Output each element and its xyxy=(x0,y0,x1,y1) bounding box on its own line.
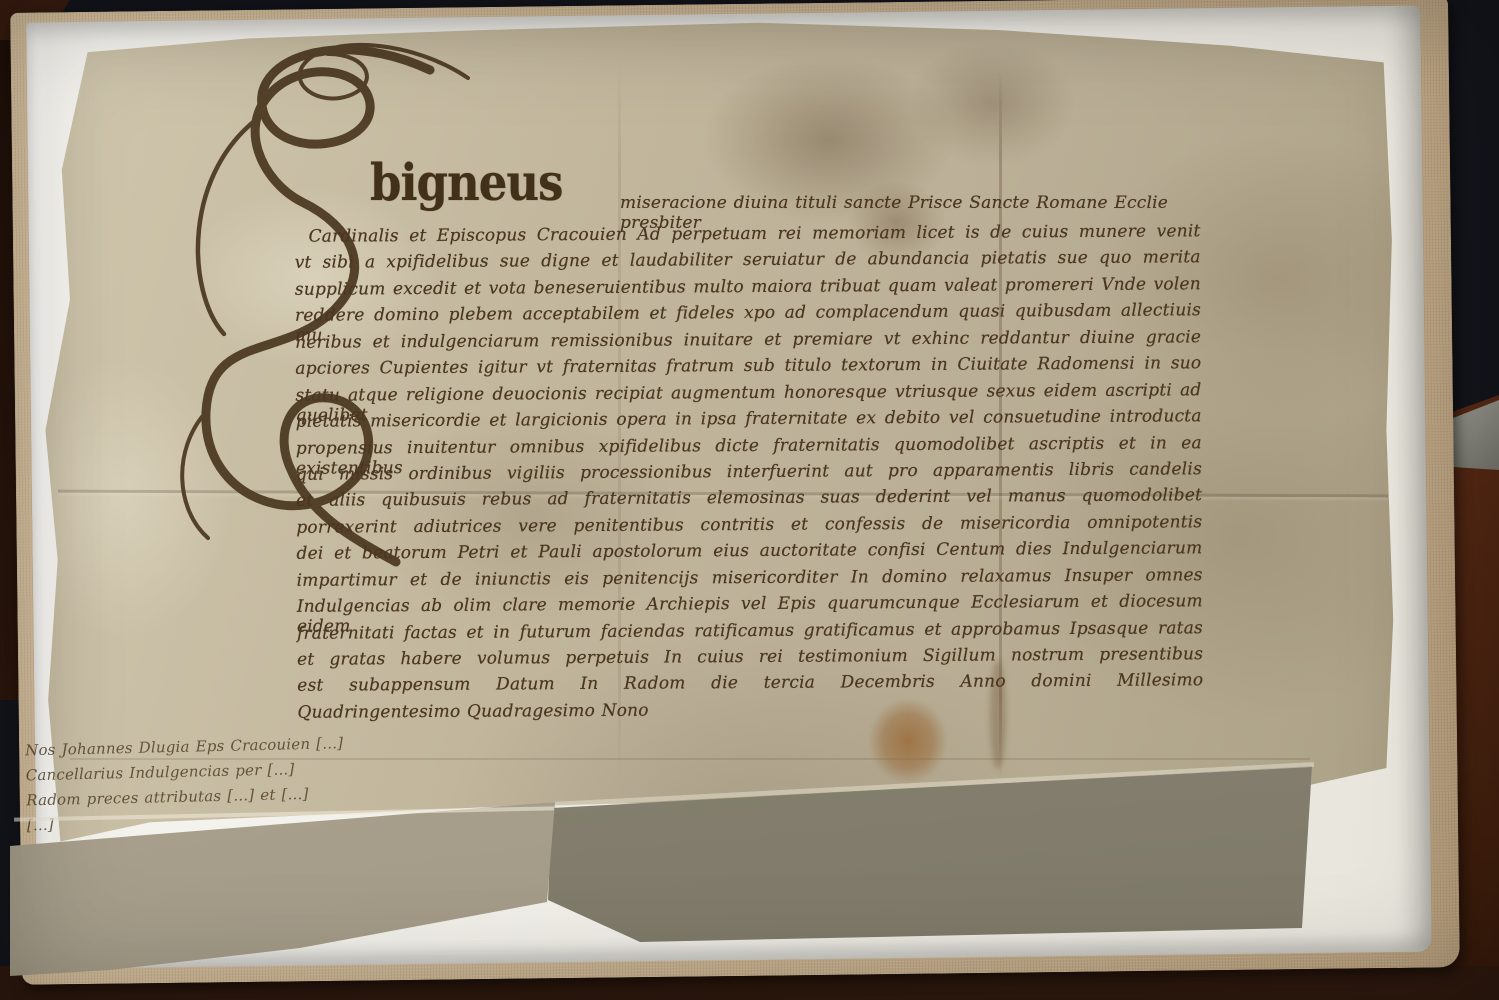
charter-text-block: Cardinalis et Episcopus Cracouien Ad per… xyxy=(294,221,1203,729)
manuscript-line-date: Quadringentesimo Quadragesimo Nono xyxy=(297,697,1203,729)
opening-word: bigneus xyxy=(370,153,562,212)
chancery-note-block: Nos Johannes Dlugia Eps Cracouien [...] … xyxy=(25,729,587,842)
